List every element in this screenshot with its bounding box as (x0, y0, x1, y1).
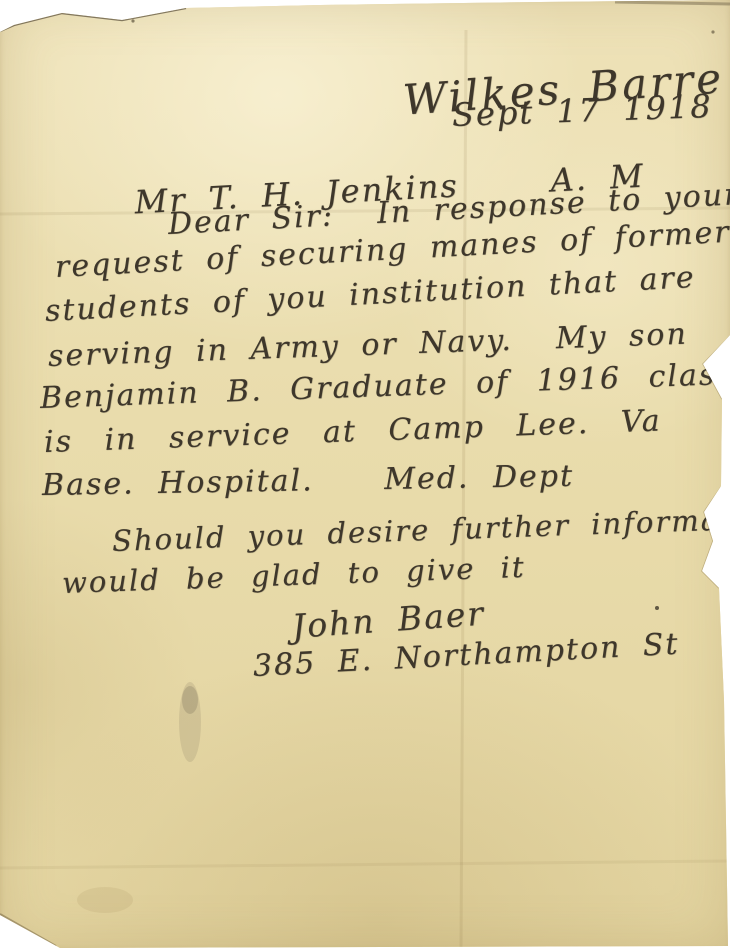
smudge-stain-dark (182, 686, 198, 714)
lower-fold-crease (0, 861, 730, 868)
letter-paper: Wilkes BarrePa Sept 17 1918 Mr T. H. Jen… (0, 0, 730, 950)
ink-dot (655, 606, 659, 610)
smudge-stain (179, 682, 201, 762)
body-line: Should you desire further information (111, 501, 730, 558)
body-line: would be glad to give it (61, 550, 526, 600)
top-right-edge-shadow (615, 2, 730, 4)
bottom-left-cut-line (0, 914, 56, 946)
body-line: Base. Hospital. Med. Dept (42, 459, 575, 503)
faint-round-stain (77, 887, 133, 913)
paper-speck-1 (131, 19, 134, 22)
torn-edge-line (0, 8, 186, 31)
right-tear-outline (702, 487, 721, 588)
scanned-letter-page: { "page": { "background_color": "#ffffff… (0, 0, 730, 950)
